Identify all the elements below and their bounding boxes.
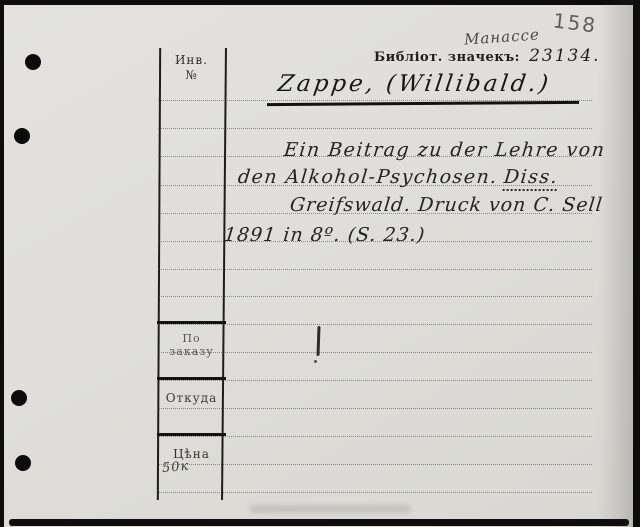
frame-border-left (0, 0, 4, 527)
title-line-1: Ein Beitrag zu der Lehre von (283, 139, 607, 161)
punch-hole-icon (11, 390, 27, 406)
order-label: По заказу (158, 332, 225, 358)
origin-label: Откуда (158, 391, 225, 405)
title-line-2-text: den Alkohol-Psychosen. (237, 166, 499, 188)
ledger-section-divider (157, 433, 226, 436)
inventory-label-line2: № (158, 68, 225, 83)
ruling-line (158, 408, 592, 409)
punch-hole-icon (25, 54, 41, 70)
catalog-card-scan: Инв. № По заказу Откуда Цѣна 50к 158 Ман… (0, 0, 640, 527)
dissertation-abbrev: Diss. (502, 166, 559, 191)
frame-border-top (0, 0, 640, 5)
frame-border-right (633, 0, 640, 527)
year-format-line: 1891 in 8º. (S. 23.) (223, 224, 427, 246)
scan-smudge (250, 505, 410, 513)
title-line-2: den Alkohol-Psychosen.Diss. (237, 166, 560, 188)
library-stamp-line: Библіот. значекъ: 23134. (374, 46, 601, 66)
ruling-line (158, 464, 592, 465)
ruling-line (158, 324, 592, 325)
ledger-section-divider (157, 377, 226, 380)
inventory-number-label: Инв. № (158, 53, 225, 83)
punch-hole-icon (14, 128, 30, 144)
library-stamp-label: Библіот. значекъ: (374, 50, 520, 65)
ruling-line (158, 380, 592, 381)
ruling-line (158, 269, 592, 270)
price-label: Цѣна (158, 447, 225, 461)
library-stamp-number: 23134. (529, 46, 600, 66)
price-value-handwritten: 50к (161, 459, 190, 476)
scan-edge-shadow (598, 0, 633, 527)
ruling-line (158, 492, 592, 493)
ledger-section-divider (157, 321, 226, 324)
imprint-line: Greifswald. Druck von C. Sell (289, 194, 604, 216)
ink-dot-mark (314, 360, 317, 363)
page-number-pencil: 158 (552, 8, 599, 37)
ruling-line (158, 296, 592, 297)
inventory-label-line1: Инв. (158, 53, 225, 68)
punch-hole-icon (15, 455, 31, 471)
author-heading: Zappe, (Willibald.) (276, 71, 552, 97)
ruling-line (158, 128, 592, 129)
frame-border-bottom (9, 519, 629, 526)
ruling-line (158, 436, 592, 437)
author-underline (267, 101, 579, 106)
